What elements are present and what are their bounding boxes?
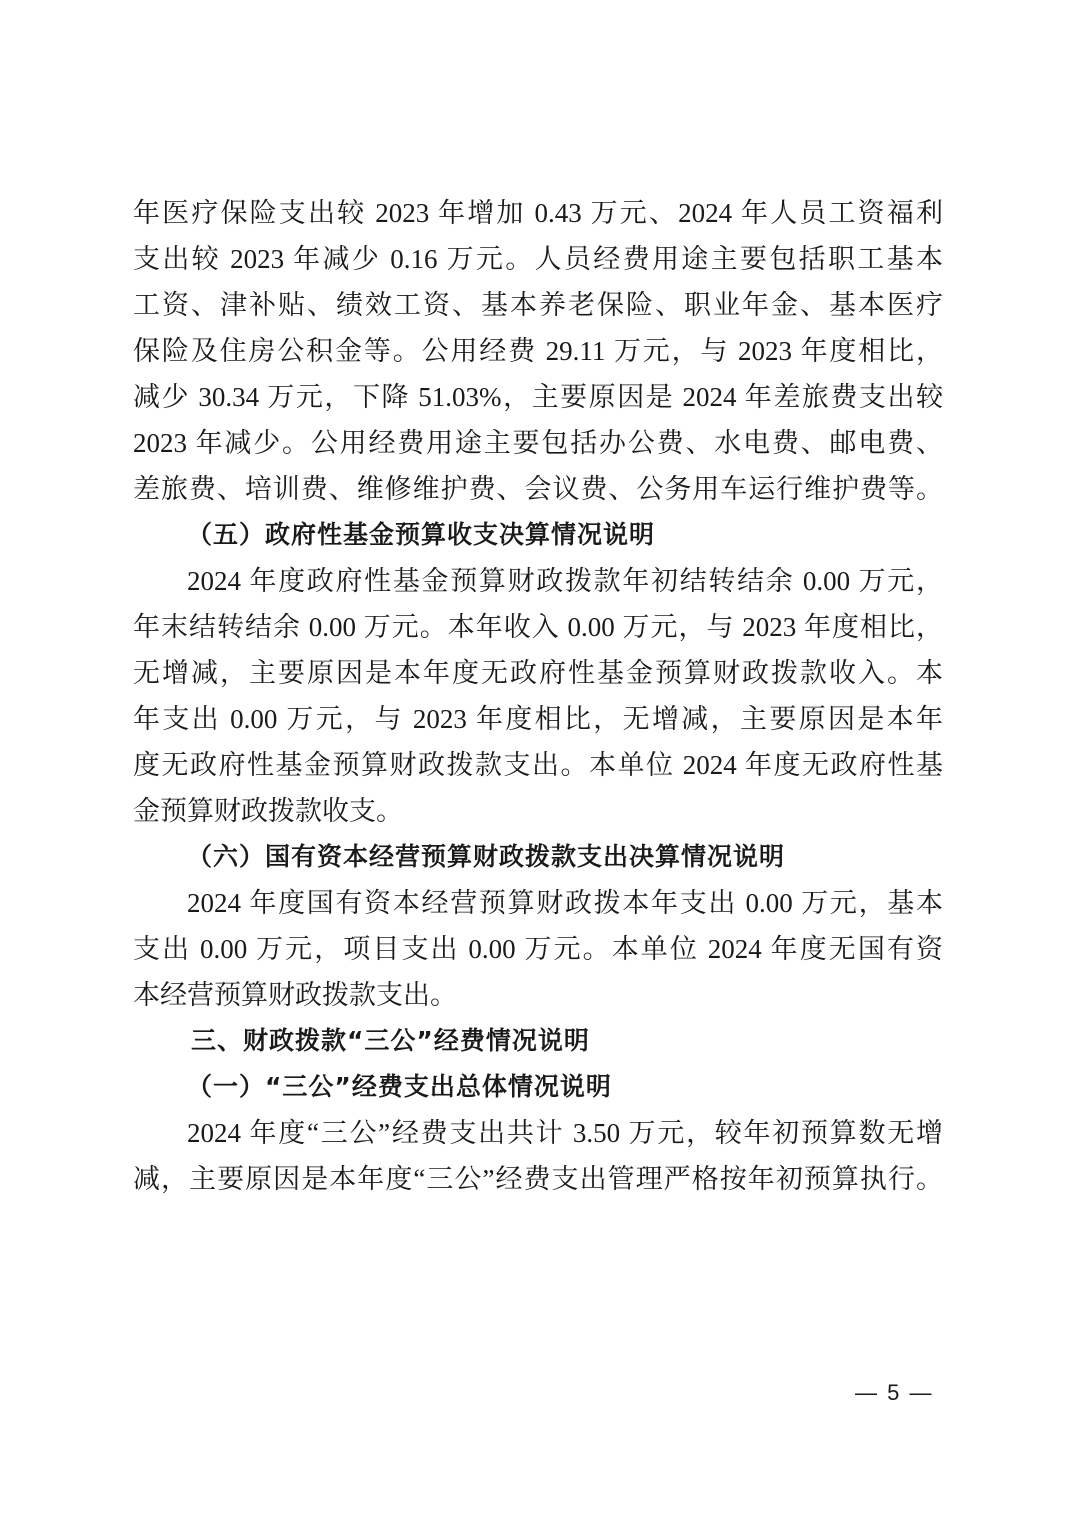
document-page: 年医疗保险支出较 2023 年增加 0.43 万元、2024 年人员工资福利 支… <box>133 190 943 1202</box>
body-line: 本经营预算财政拨款支出。 <box>133 972 943 1018</box>
body-line: 减少 30.34 万元，下降 51.03%，主要原因是 2024 年差旅费支出较 <box>133 374 943 420</box>
body-line: 年医疗保险支出较 2023 年增加 0.43 万元、2024 年人员工资福利 <box>133 190 943 236</box>
body-line: 支出 0.00 万元，项目支出 0.00 万元。本单位 2024 年度无国有资 <box>133 926 943 972</box>
body-line: 2024 年度国有资本经营预算财政拨本年支出 0.00 万元，基本 <box>133 880 943 926</box>
body-line: 减，主要原因是本年度“三公”经费支出管理严格按年初预算执行。 <box>133 1156 943 1202</box>
body-line: 无增减，主要原因是本年度无政府性基金预算财政拨款收入。本 <box>133 650 943 696</box>
body-line: 度无政府性基金预算财政拨款支出。本单位 2024 年度无政府性基 <box>133 742 943 788</box>
body-line: 年末结转结余 0.00 万元。本年收入 0.00 万元，与 2023 年度相比， <box>133 604 943 650</box>
body-line: 2024 年度政府性基金预算财政拨款年初结转结余 0.00 万元， <box>133 558 943 604</box>
body-line: 支出较 2023 年减少 0.16 万元。人员经费用途主要包括职工基本 <box>133 236 943 282</box>
body-line: 2024 年度“三公”经费支出共计 3.50 万元，较年初预算数无增 <box>133 1110 943 1156</box>
body-line: 2023 年减少。公用经费用途主要包括办公费、水电费、邮电费、 <box>133 420 943 466</box>
page-number: — 5 — <box>855 1380 933 1406</box>
section-heading-three-public-overall: （一）“三公”经费支出总体情况说明 <box>133 1064 943 1110</box>
section-heading-state-capital: （六）国有资本经营预算财政拨款支出决算情况说明 <box>133 834 943 880</box>
body-line: 差旅费、培训费、维修维护费、会议费、公务用车运行维护费等。 <box>133 466 943 512</box>
body-line: 金预算财政拨款收支。 <box>133 788 943 834</box>
section-heading-gov-fund: （五）政府性基金预算收支决算情况说明 <box>133 512 943 558</box>
body-line: 年支出 0.00 万元，与 2023 年度相比，无增减，主要原因是本年 <box>133 696 943 742</box>
main-heading-three-public: 三、财政拨款“三公”经费情况说明 <box>133 1018 943 1064</box>
body-line: 工资、津补贴、绩效工资、基本养老保险、职业年金、基本医疗 <box>133 282 943 328</box>
body-line: 保险及住房公积金等。公用经费 29.11 万元，与 2023 年度相比， <box>133 328 943 374</box>
